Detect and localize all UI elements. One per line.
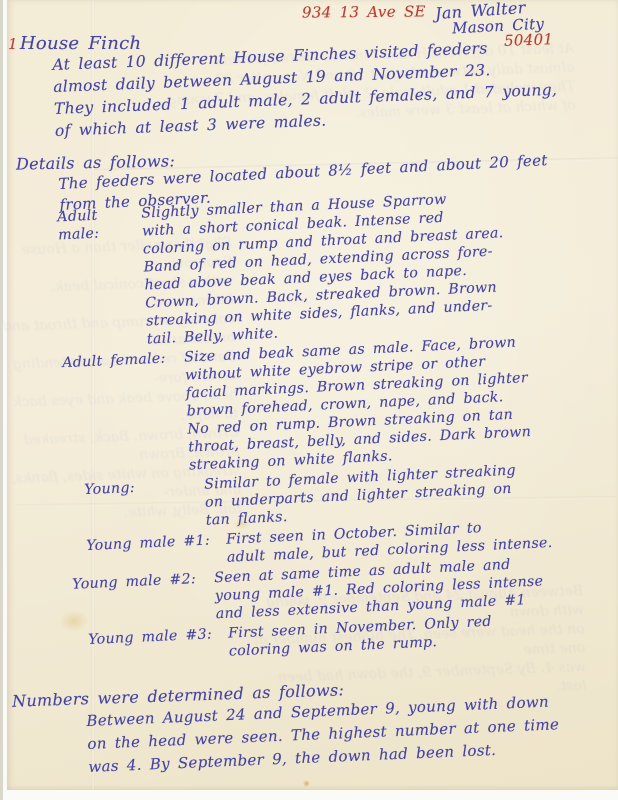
entry-text: Size and beak same as male. Face, brown … [184,333,533,474]
letter-content: 934 13 Ave SE Jan Walter Mason City 5040… [0,0,618,800]
entry-label: Young male #3: [88,625,229,667]
item-number: 1 [8,35,18,53]
entry-label: Adult female: [62,349,190,480]
entry-label: Young: [84,476,206,535]
scanned-letter-page: At least 10 different House Finches visi… [0,0,618,800]
entry-adult-male: Adult male: Slightly smaller than a Hous… [0,183,618,355]
entry-label: Young male #1: [86,531,227,573]
entry-label: Young male #2: [72,569,216,629]
entry-text: Slightly smaller than a House Sparrow wi… [141,188,508,348]
entry-label: Adult male: [57,205,147,353]
sender-address: 934 13 Ave SE [302,2,426,21]
entry-adult-female: Adult female: Size and beak same as male… [0,329,618,483]
description-entries: Adult male: Slightly smaller than a Hous… [0,211,618,673]
